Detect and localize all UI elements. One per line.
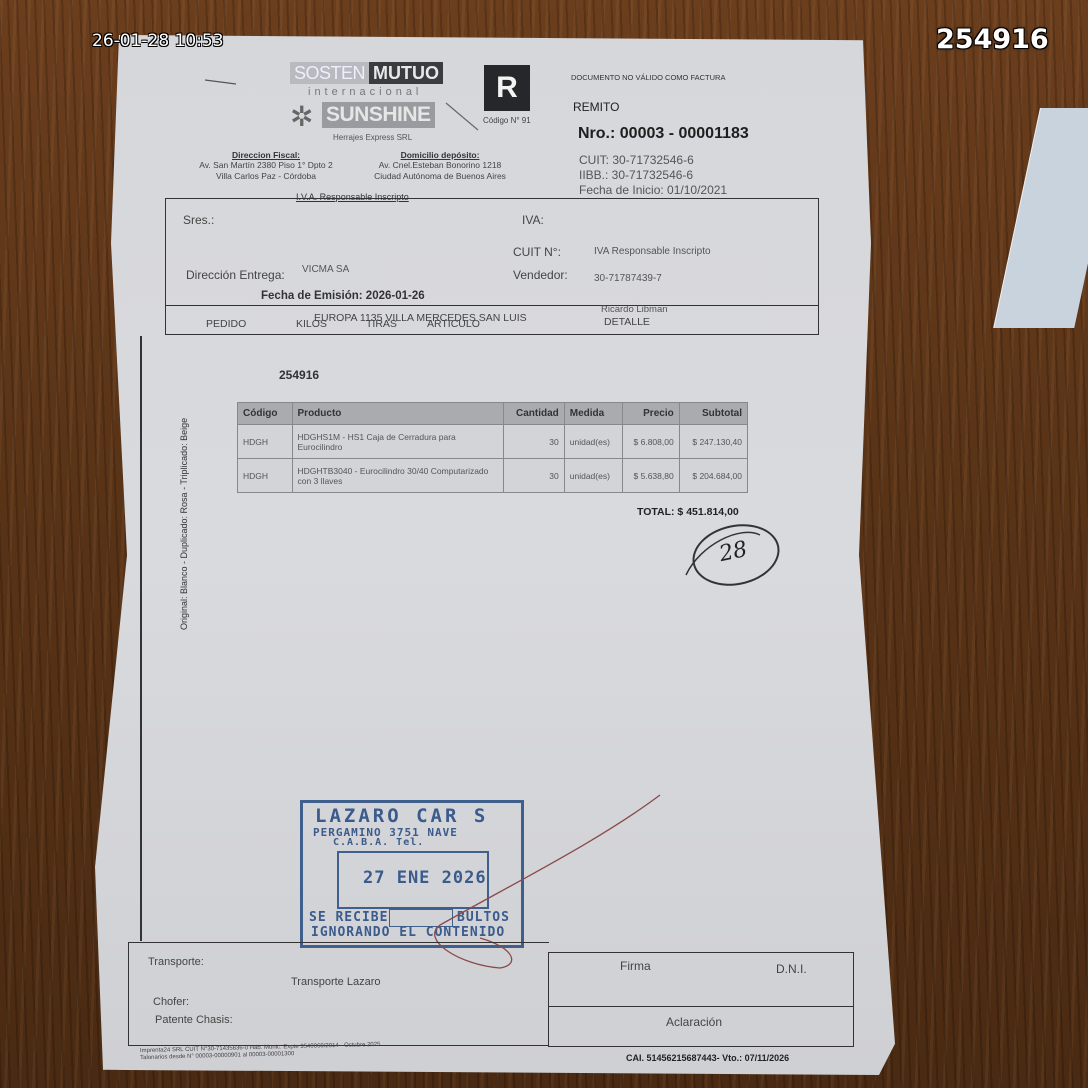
background-paper-edge <box>993 108 1088 328</box>
sun-icon: ✲ <box>290 100 313 133</box>
patente-label: Patente Chasis: <box>155 1014 233 1026</box>
cell-medida: unidad(es) <box>564 425 623 459</box>
iibb: IIBB.: 30-71732546-6 <box>579 168 727 183</box>
cell-subtotal: $ 204.684,00 <box>679 459 747 493</box>
table-row: HDGH HDGHS1M - HS1 Caja de Cerradura par… <box>238 425 748 459</box>
cell-producto: HDGHS1M - HS1 Caja de Cerradura para Eur… <box>292 425 504 459</box>
cell-cantidad: 30 <box>504 425 565 459</box>
cuit-label: CUIT N°: <box>513 245 561 259</box>
codigo-number: Código N° 91 <box>483 116 531 125</box>
stamp-date: 27 ENE 2026 <box>363 868 487 888</box>
stamp-city: C.A.B.A. Tel. <box>333 837 424 848</box>
document-letter-badge: R <box>484 65 530 111</box>
table-row: HDGH HDGHTB3040 - Eurocilindro 30/40 Com… <box>238 459 748 493</box>
fecha-inicio: Fecha de Inicio: 01/10/2021 <box>579 183 727 198</box>
aclaracion-label: Aclaración <box>666 1015 722 1029</box>
deposit-address: Domicilio depósito: Av. Cnel.Esteban Bon… <box>360 150 520 182</box>
stamp-se-recibe: SE RECIBE <box>309 910 388 925</box>
cuit: CUIT: 30-71732546-6 <box>579 153 727 168</box>
fecha-emision: Fecha de Emisión: 2026-01-26 <box>261 290 425 302</box>
table-header-row: Código Producto Cantidad Medida Precio S… <box>238 403 748 425</box>
document-number: Nro.: 00003 - 00001183 <box>578 125 749 143</box>
logo-part-mutuo: MUTUO <box>369 62 443 84</box>
vendedor-value: 30-71787439-7 <box>594 273 662 284</box>
not-valid-notice: DOCUMENTO NO VÁLIDO COMO FACTURA <box>571 73 725 82</box>
cell-cantidad: 30 <box>504 459 565 493</box>
signature-divider <box>549 1006 853 1007</box>
delivery-address: EUROPA 1135 VILLA MERCEDES SAN LUIS <box>314 312 527 324</box>
items-table: Código Producto Cantidad Medida Precio S… <box>237 402 748 493</box>
company-name: Herrajes Express SRL <box>333 133 412 142</box>
deposito-title: Domicilio depósito: <box>360 150 520 160</box>
direccion-value: VICMA SA <box>302 264 349 275</box>
total-amount: TOTAL: $ 451.814,00 <box>637 506 739 518</box>
stamp-ignorando: IGNORANDO EL CONTENIDO <box>311 925 505 940</box>
tax-info: CUIT: 30-71732546-6 IIBB.: 30-71732546-6… <box>579 153 727 198</box>
stamp-company: LAZARO CAR S <box>315 805 488 827</box>
document-type: REMITO <box>573 100 619 114</box>
th-cantidad: Cantidad <box>504 403 565 425</box>
iva-value: IVA Responsable Inscripto <box>594 246 711 257</box>
logo-part-sosten: SOSTEN <box>290 62 369 84</box>
fiscal-line2: Villa Carlos Paz - Córdoba <box>196 171 336 182</box>
cell-medida: unidad(es) <box>564 459 623 493</box>
th-producto: Producto <box>292 403 504 425</box>
cell-codigo: HDGH <box>238 459 293 493</box>
signature-box <box>548 952 854 1047</box>
cai-number: CAI. 51456215687443- Vto.: 07/11/2026 <box>626 1053 789 1063</box>
copy-colors-note: Original: Blanco - Duplicado: Rosa - Tri… <box>179 430 189 630</box>
cell-producto: HDGHTB3040 - Eurocilindro 30/40 Computar… <box>292 459 504 493</box>
deposito-line1: Av. Cnel.Esteban Bonorino 1218 <box>360 160 520 171</box>
photo-timestamp: 26-01-28 10:53 <box>92 31 224 51</box>
photo-document-id: 254916 <box>936 24 1049 55</box>
handwritten-number: 28 <box>717 537 750 567</box>
col-detalle: DETALLE <box>604 316 650 328</box>
vendedor-label: Vendedor: <box>513 268 568 282</box>
logo-sunshine: SUNSHINE <box>322 102 435 128</box>
logo-internacional: internacional <box>308 86 422 98</box>
fiscal-line1: Av. San Martín 2380 Piso 1° Dpto 2 <box>196 160 336 171</box>
chofer-label: Chofer: <box>153 996 189 1008</box>
th-codigo: Código <box>238 403 293 425</box>
stamp-bultos: BULTOS <box>457 910 510 925</box>
firma-label: Firma <box>620 959 651 973</box>
th-precio: Precio <box>623 403 679 425</box>
th-medida: Medida <box>564 403 623 425</box>
th-subtotal: Subtotal <box>679 403 747 425</box>
deposito-line2: Ciudad Autónoma de Buenos Aires <box>360 171 520 182</box>
iva-label: IVA: <box>522 213 544 227</box>
transporte-value: Transporte Lazaro <box>291 976 380 988</box>
sres-label: Sres.: <box>183 213 214 227</box>
cell-subtotal: $ 247.130,40 <box>679 425 747 459</box>
direccion-label: Dirección Entrega: <box>186 268 285 282</box>
reception-stamp: LAZARO CAR S PERGAMINO 3751 NAVE C.A.B.A… <box>300 800 524 948</box>
seller-name: Ricardo Libman <box>601 304 668 315</box>
company-logo-top: SOSTEN MUTUO <box>290 62 443 84</box>
cell-codigo: HDGH <box>238 425 293 459</box>
fiscal-title: Direccion Fiscal: <box>196 150 336 160</box>
dni-label: D.N.I. <box>776 962 807 976</box>
cell-precio: $ 5.638,80 <box>623 459 679 493</box>
cell-precio: $ 6.808,00 <box>623 425 679 459</box>
fiscal-address: Direccion Fiscal: Av. San Martín 2380 Pi… <box>196 150 336 182</box>
col-pedido: PEDIDO <box>206 318 246 330</box>
reference-number: 254916 <box>279 368 319 382</box>
transporte-label: Transporte: <box>148 956 204 968</box>
stamp-date-box: 27 ENE 2026 <box>337 851 489 909</box>
